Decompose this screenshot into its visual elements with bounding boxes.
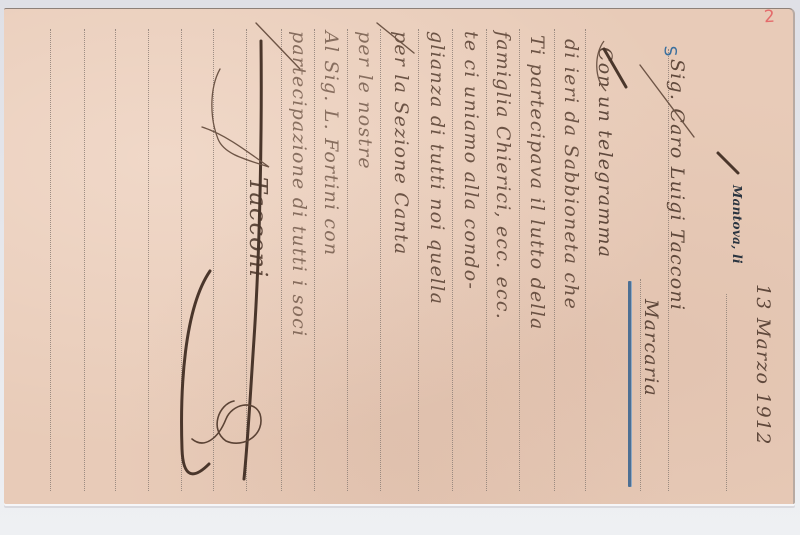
postcard: 2 S Mantova, li Sig. Caro Luigi Tacconi …: [4, 8, 795, 504]
signature-flourish-icon: [4, 9, 793, 504]
